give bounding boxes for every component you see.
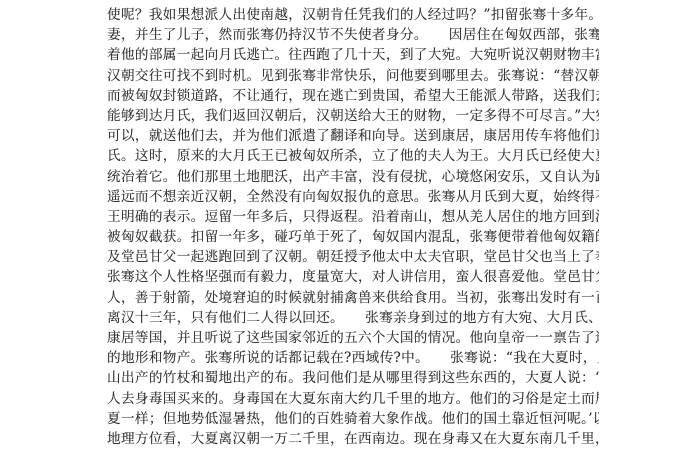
text-line-10: 遥远而不想亲近汉朝，全然没有向匈奴报仇的意思。张骞从月氏到大夏，始终得不得月氏 [107,187,599,207]
text-line-22: 地理方位看，大夏离汉朝一万二千里，在西南边。现在身毒又在大夏东南几千里，有蜀地 [107,429,599,449]
text-line-19: 山出产的竹杖和蜀地出产的布。我问他们是从哪里得到这些东西的，大夏人说：‘我们的商 [107,368,599,388]
text-line-7: 可以，就送他们去，并为他们派遣了翻译和向导。送到康居，康居用传车将他们送到大月 [107,126,599,146]
text-line-15: 人，善于射箭，处境窘迫的时候就射捕禽兽来供给食用。当初，张骞出发时有一百多人， [107,288,599,308]
text-line-20: 人去身毒国买来的。身毒国在大夏东南大约几千里的地方。他们的习俗是定土而居，和大 [107,389,599,409]
text-line-14: 张骞这个人性格坚强而有毅力，度量宽大，对人讲信用，蛮人很喜爱他。堂邑甘父是匈奴 [107,267,599,287]
text-line-11: 王明确的表示。逗留一年多后，只得返程。沿着南山，想从羌人居住的地方回到汉朝，又 [107,207,599,227]
text-line-5: 而被匈奴封锁道路，不让通行，现在逃亡到贵国，希望大王能派人带路，送我们去，假设 [107,86,599,106]
text-line-12: 被匈奴截获。扣留一年多，碰巧单于死了，匈奴国内混乱，张骞便带着他匈奴籍的妻子以 [107,227,599,247]
text-line-17: 康居等国，并且听说了这些国家邻近的五六个大国的情况。他向皇帝一一禀告了这些地方 [107,328,599,348]
text-line-9: 统治着它。他们那里土地肥沃，出产丰富，没有侵扰，心境悠闲安乐，又自认为距离汉朝 [107,167,599,187]
text-line-1: 使呢？我如果想派人出使南越，汉朝肯任凭我们的人经过吗？”扣留张骞十多年。给他娶 [107,5,599,25]
text-line-16: 离汉十三年，只有他们二人得以回还。 张骞亲身到过的地方有大宛、大月氏、大夏、 [107,308,599,328]
text-line-13: 及堂邑甘父一起逃跑回到了汉朝。朝廷授予他太中太夫官职，堂邑甘父也当上了奉使君。 [107,247,599,267]
text-line-18: 的地形和物产。张骞所说的话都记载在?西域传?中。 张骞说：“我在大夏时，见到邛崃 [107,348,599,368]
text-line-21: 夏一样；但地势低湿暑热，他们的百姓骑着大象作战。他们的国土靠近恒河呢。’以我推测 [107,409,599,429]
text-line-2: 妻，并生了儿子，然而张骞仍持汉节不失使者身分。 因居住在匈奴西部，张骞趁机带 [107,25,599,45]
text-line-3: 着他的部属一起向月氏逃亡。往西跑了几十天，到了大宛。大宛听说汉朝财物丰富，想和 [107,45,599,65]
text-line-4: 汉朝交往可找不到时机。见到张骞非常快乐，问他要到哪里去。张骞说：“替汉朝出使月氏… [107,66,599,86]
scanned-document-page: 使呢？我如果想派人出使南越，汉朝肯任凭我们的人经过吗？”扣留张骞十多年。给他娶 … [0,0,700,470]
document-body-text: 使呢？我如果想派人出使南越，汉朝肯任凭我们的人经过吗？”扣留张骞十多年。给他娶 … [107,5,599,449]
text-line-8: 氏。这时，原来的大月氏王已被匈奴所杀，立了他的夫人为王。大月氏已经使大夏臣服并 [107,146,599,166]
text-line-6: 能够到达月氏，我们返回汉朝后，汉朝送给大王的财物，一定多得不可尽言。”大宛认为 [107,106,599,126]
